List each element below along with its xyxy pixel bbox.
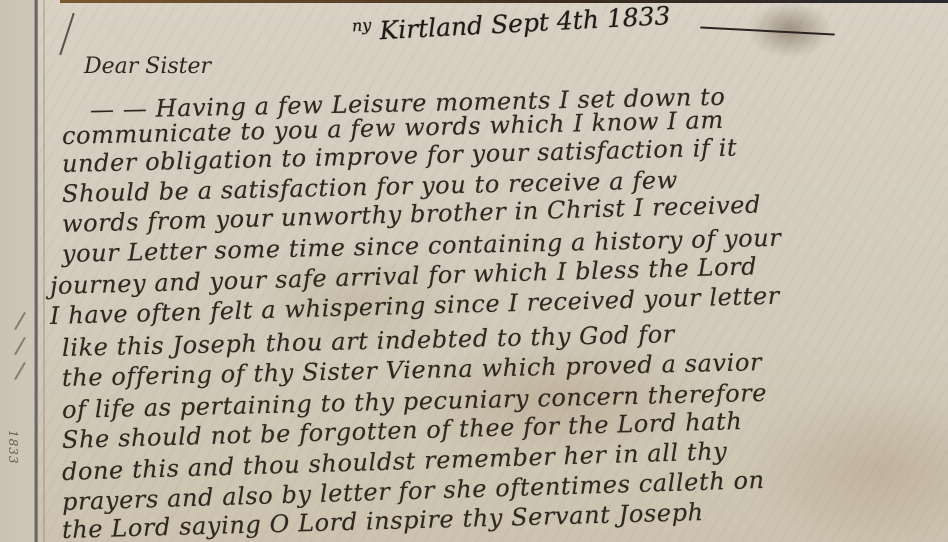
margin-note-year: 1833 <box>6 430 20 465</box>
letter-dateline: ny Kirtland Sept 4th 1833 <box>351 0 671 47</box>
page-top-edge <box>60 0 948 3</box>
fold-line <box>34 0 38 542</box>
dateline-prefix: ny <box>351 15 371 35</box>
opening-bracket-stroke <box>59 13 74 55</box>
letter-page: 1833 ny Kirtland Sept 4th 1833 Dear Sist… <box>0 0 948 542</box>
dateline-date: Sept 4th 1833 <box>490 1 671 39</box>
salutation: Dear Sister <box>84 54 211 79</box>
dateline-place: Kirtland <box>379 11 484 45</box>
dateline-flourish <box>700 26 835 35</box>
fold-crease <box>43 0 45 542</box>
